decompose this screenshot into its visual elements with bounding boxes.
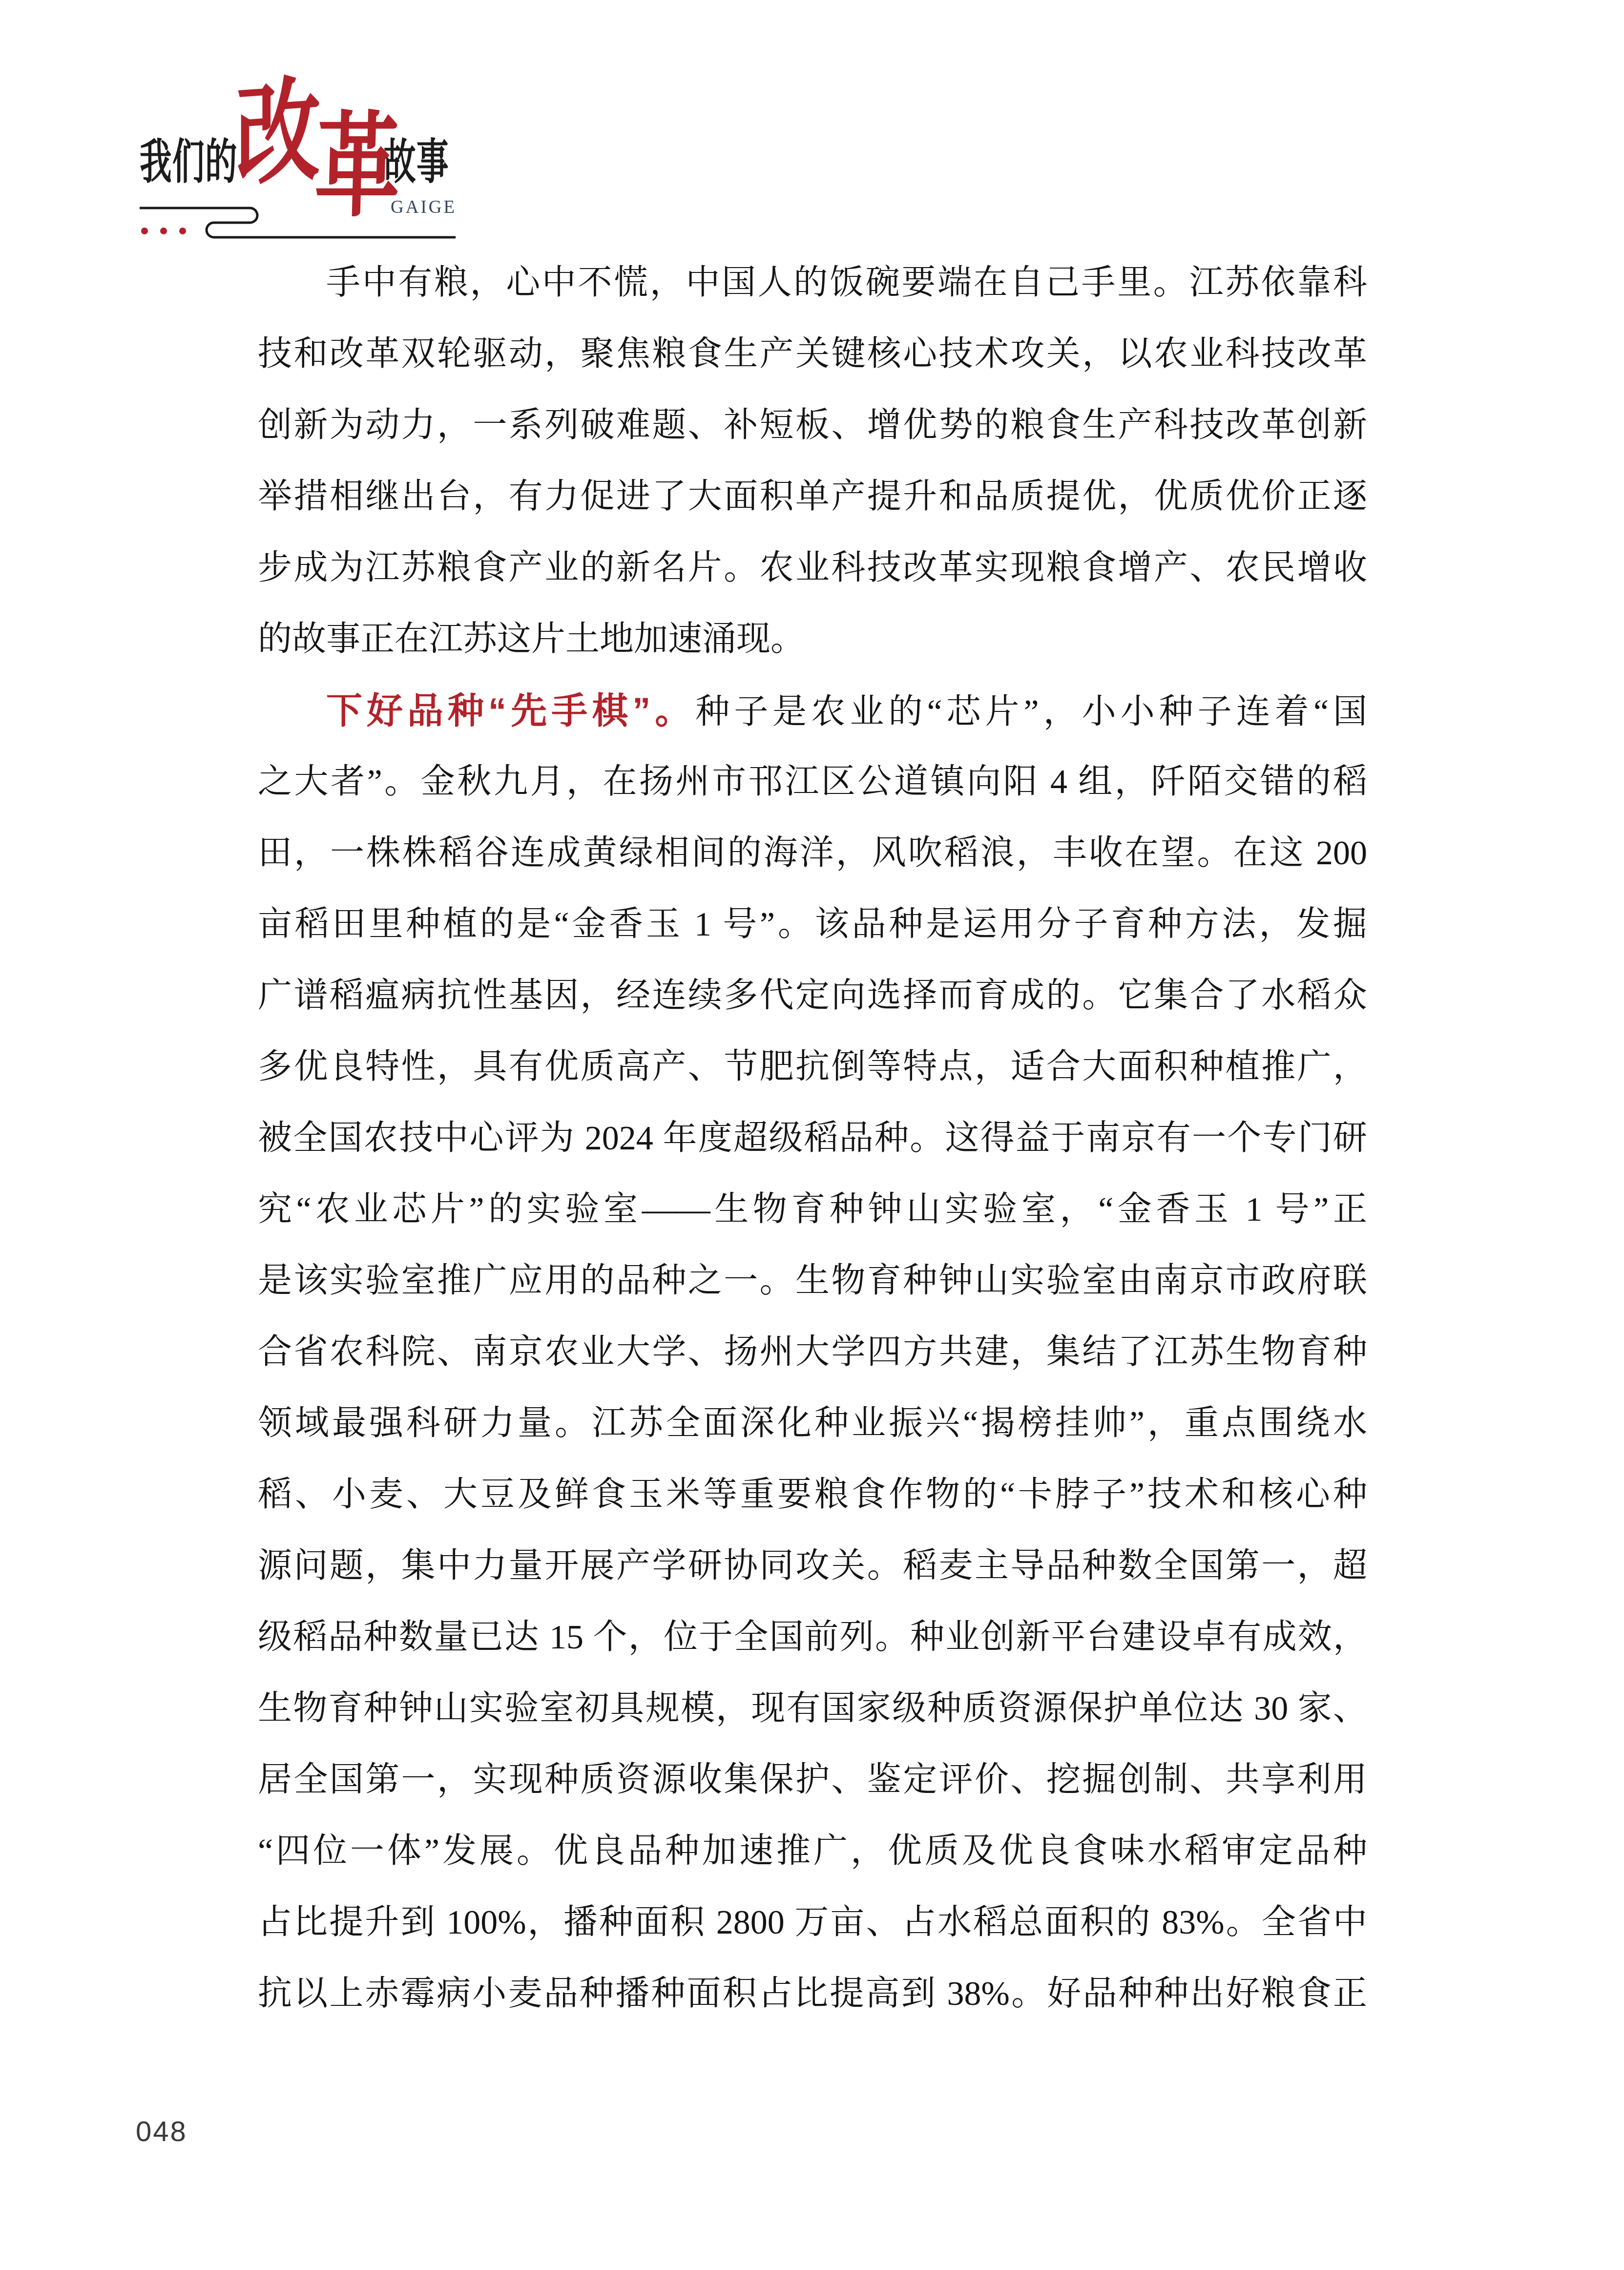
body-text-line: 究“农业芯片”的实验室——生物育种钟山实验室，“金香玉 1 号”正 <box>258 1174 1367 1246</box>
body-text-line: 源问题，集中力量开展产学研协同攻关。稻麦主导品种数全国第一，超 <box>258 1531 1367 1602</box>
body-text-line: 占比提升到 100%，播种面积 2800 万亩、占水稻总面积的 83%。全省中 <box>258 1887 1367 1958</box>
cloud-line-path <box>140 208 455 237</box>
body-text-line: 举措相继出台，有力促进了大面积单产提升和品质提优，优质优价正逐 <box>258 461 1367 533</box>
body-text-line: 下好品种“先手棋”。种子是农业的“芯片”，小小种子连着“国 <box>258 675 1367 747</box>
logo-text-gushi: 故事 <box>384 139 449 187</box>
brand-logo: 我们的 改 革 故事 GAIGE <box>140 73 481 249</box>
logo-calligraphy-gai: 改 <box>235 75 320 194</box>
body-text-line: 之大者”。金秋九月，在扬州市邗江区公道镇向阳 4 组，阡陌交错的稻 <box>258 747 1367 818</box>
body-text-line: 手中有粮，心中不慌，中国人的饭碗要端在自己手里。江苏依靠科 <box>258 248 1367 319</box>
body-text-line: 广谱稻瘟病抗性基因，经连续多代定向选择而育成的。它集合了水稻众 <box>258 960 1367 1032</box>
body-text-line: 的故事正在江苏这片土地加速涌现。 <box>258 604 1367 675</box>
red-dot-2 <box>160 228 167 234</box>
body-text-line: “四位一体”发展。优良品种加速推广，优质及优良食味水稻审定品种 <box>258 1816 1367 1887</box>
body-text-line: 抗以上赤霉病小麦品种播种面积占比提高到 38%。好品种种出好粮食正 <box>258 1958 1367 2030</box>
red-dot-1 <box>141 228 148 234</box>
body-text-line: 技和改革双轮驱动，聚焦粮食生产关键核心技术攻关，以农业科技改革 <box>258 319 1367 390</box>
body-text-line: 合省农科院、南京农业大学、扬州大学四方共建，集结了江苏生物育种 <box>258 1317 1367 1388</box>
body-text-line: 稻、小麦、大豆及鲜食玉米等重要粮食作物的“卡脖子”技术和核心种 <box>258 1459 1367 1531</box>
body-text-line: 创新为动力，一系列破难题、补短板、增优势的粮食生产科技改革创新 <box>258 390 1367 461</box>
red-dot-3 <box>179 228 186 234</box>
body-text-line: 是该实验室推广应用的品种之一。生物育种钟山实验室由南京市政府联 <box>258 1246 1367 1317</box>
logo-decoration-cloud-lines <box>140 204 462 246</box>
book-page: 我们的 改 革 故事 GAIGE 手中有粮，心中不慌，中国人的饭碗要端在自己手里… <box>0 0 1624 2270</box>
body-text-line: 多优良特性，具有优质高产、节肥抗倒等特点，适合大面积种植推广， <box>258 1032 1367 1103</box>
body-text-line: 级稻品种数量已达 15 个，位于全国前列。种业创新平台建设卓有成效， <box>258 1602 1367 1673</box>
body-text-line: 步成为江苏粮食产业的新名片。农业科技改革实现粮食增产、农民增收 <box>258 533 1367 604</box>
body-text-line: 被全国农技中心评为 2024 年度超级稻品种。这得益于南京有一个专门研 <box>258 1103 1367 1174</box>
body-text-line: 亩稻田里种植的是“金香玉 1 号”。该品种是运用分子育种方法，发掘 <box>258 889 1367 960</box>
section-heading: 下好品种“先手棋”。 <box>326 690 695 731</box>
body-text-line: 领域最强科研力量。江苏全面深化种业振兴“揭榜挂帅”，重点围绕水 <box>258 1388 1367 1459</box>
body-text-line: 居全国第一，实现种质资源收集保护、鉴定评价、挖掘创制、共享利用 <box>258 1745 1367 1816</box>
logo-text-women-de: 我们的 <box>140 139 238 187</box>
page-number: 048 <box>136 2118 187 2146</box>
body-text-line: 田，一株株稻谷连成黄绿相间的海洋，风吹稻浪，丰收在望。在这 200 <box>258 818 1367 889</box>
body-text-line: 生物育种钟山实验室初具规模，现有国家级种质资源保护单位达 30 家、 <box>258 1673 1367 1745</box>
article-body: 手中有粮，心中不慌，中国人的饭碗要端在自己手里。江苏依靠科技和改革双轮驱动，聚焦… <box>258 248 1367 2030</box>
